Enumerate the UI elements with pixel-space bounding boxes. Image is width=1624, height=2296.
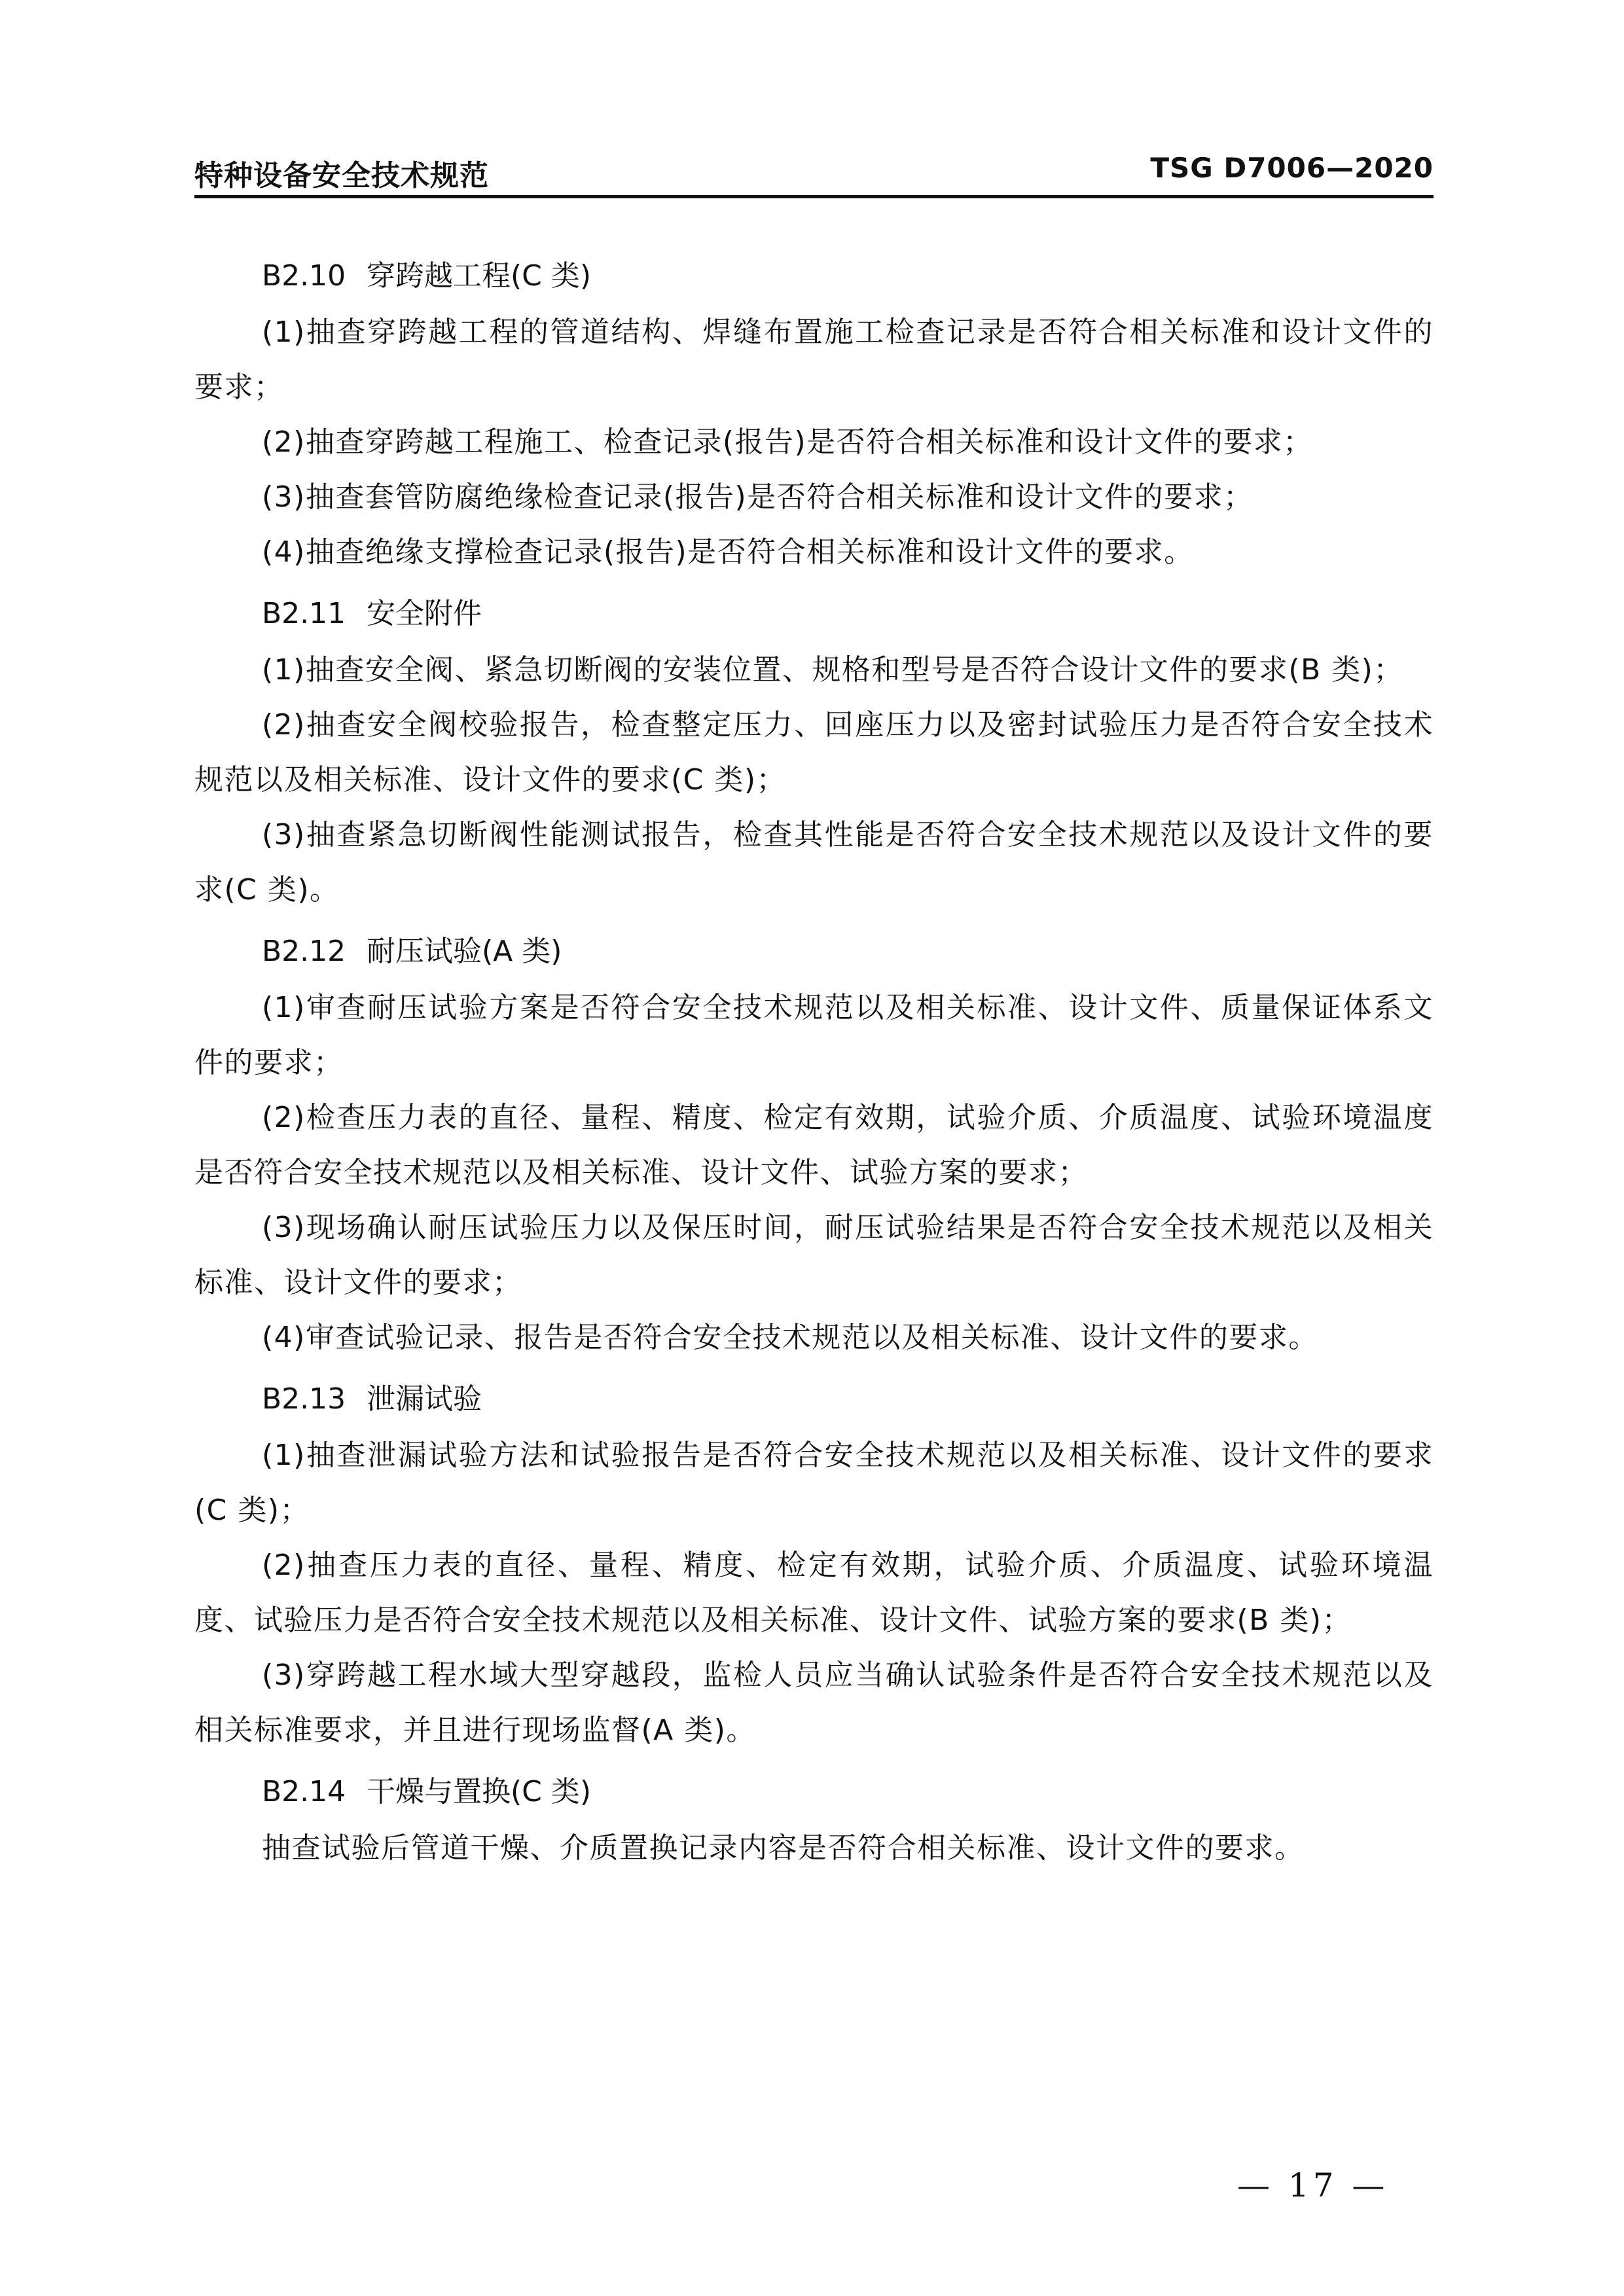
section-title: 耐压试验(A 类) [367,935,562,968]
section-b2-11: B2.11安全附件 (1)抽查安全阀、紧急切断阀的安装位置、规格和型号是否符合设… [194,586,1434,918]
section-heading: B2.10穿跨越工程(C 类) [194,249,1434,304]
list-item: (3)抽查套管防腐绝缘检查记录(报告)是否符合相关标准和设计文件的要求； [194,470,1434,525]
list-item: (3)现场确认耐压试验压力以及保压时间，耐压试验结果是否符合安全技术规范以及相关… [194,1200,1434,1310]
section-b2-12: B2.12耐压试验(A 类) (1)审查耐压试验方案是否符合安全技术规范以及相关… [194,924,1434,1365]
header-code: TSG D7006—2020 [1150,152,1434,184]
list-item: (2)抽查安全阀校验报告，检查整定压力、回座压力以及密封试验压力是否符合安全技术… [194,698,1434,808]
list-item: (2)检查压力表的直径、量程、精度、检定有效期，试验介质、介质温度、试验环境温度… [194,1090,1434,1200]
header-divider [194,195,1434,198]
section-number: B2.11 [262,586,367,641]
section-title: 干燥与置换(C 类) [367,1775,591,1808]
list-item: (4)审查试验记录、报告是否符合安全技术规范以及相关标准、设计文件的要求。 [194,1310,1434,1365]
list-item: (1)审查耐压试验方案是否符合安全技术规范以及相关标准、设计文件、质量保证体系文… [194,980,1434,1090]
section-number: B2.13 [262,1372,367,1427]
section-number: B2.10 [262,249,367,304]
section-heading: B2.11安全附件 [194,586,1434,641]
list-item: (3)抽查紧急切断阀性能测试报告，检查其性能是否符合安全技术规范以及设计文件的要… [194,808,1434,918]
section-heading: B2.14干燥与置换(C 类) [194,1765,1434,1820]
section-number: B2.14 [262,1765,367,1820]
section-title: 安全附件 [367,597,482,630]
section-b2-10: B2.10穿跨越工程(C 类) (1)抽查穿跨越工程的管道结构、焊缝布置施工检查… [194,249,1434,580]
page-header: 特种设备安全技术规范 TSG D7006—2020 [194,145,1434,196]
list-item: 抽查试验后管道干燥、介质置换记录内容是否符合相关标准、设计文件的要求。 [194,1821,1434,1876]
list-item: (1)抽查穿跨越工程的管道结构、焊缝布置施工检查记录是否符合相关标准和设计文件的… [194,305,1434,415]
list-item: (2)抽查穿跨越工程施工、检查记录(报告)是否符合相关标准和设计文件的要求； [194,415,1434,470]
header-title: 特种设备安全技术规范 [194,152,489,194]
list-item: (3)穿跨越工程水域大型穿越段，监检人员应当确认试验条件是否符合安全技术规范以及… [194,1648,1434,1758]
list-item: (4)抽查绝缘支撑检查记录(报告)是否符合相关标准和设计文件的要求。 [194,525,1434,580]
list-item: (2)抽查压力表的直径、量程、精度、检定有效期，试验介质、介质温度、试验环境温度… [194,1538,1434,1648]
section-title: 泄漏试验 [367,1382,482,1416]
section-heading: B2.12耐压试验(A 类) [194,924,1434,979]
list-item: (1)抽查泄漏试验方法和试验报告是否符合安全技术规范以及相关标准、设计文件的要求… [194,1428,1434,1538]
page-body: B2.10穿跨越工程(C 类) (1)抽查穿跨越工程的管道结构、焊缝布置施工检查… [194,242,1434,1876]
document-page: 特种设备安全技术规范 TSG D7006—2020 B2.10穿跨越工程(C 类… [0,0,1624,2296]
section-number: B2.12 [262,924,367,979]
section-b2-13: B2.13泄漏试验 (1)抽查泄漏试验方法和试验报告是否符合安全技术规范以及相关… [194,1372,1434,1758]
section-heading: B2.13泄漏试验 [194,1372,1434,1427]
section-b2-14: B2.14干燥与置换(C 类) 抽查试验后管道干燥、介质置换记录内容是否符合相关… [194,1765,1434,1876]
section-title: 穿跨越工程(C 类) [367,259,591,293]
list-item: (1)抽查安全阀、紧急切断阀的安装位置、规格和型号是否符合设计文件的要求(B 类… [194,643,1434,698]
page-number: — 17 — [1237,2166,1388,2204]
